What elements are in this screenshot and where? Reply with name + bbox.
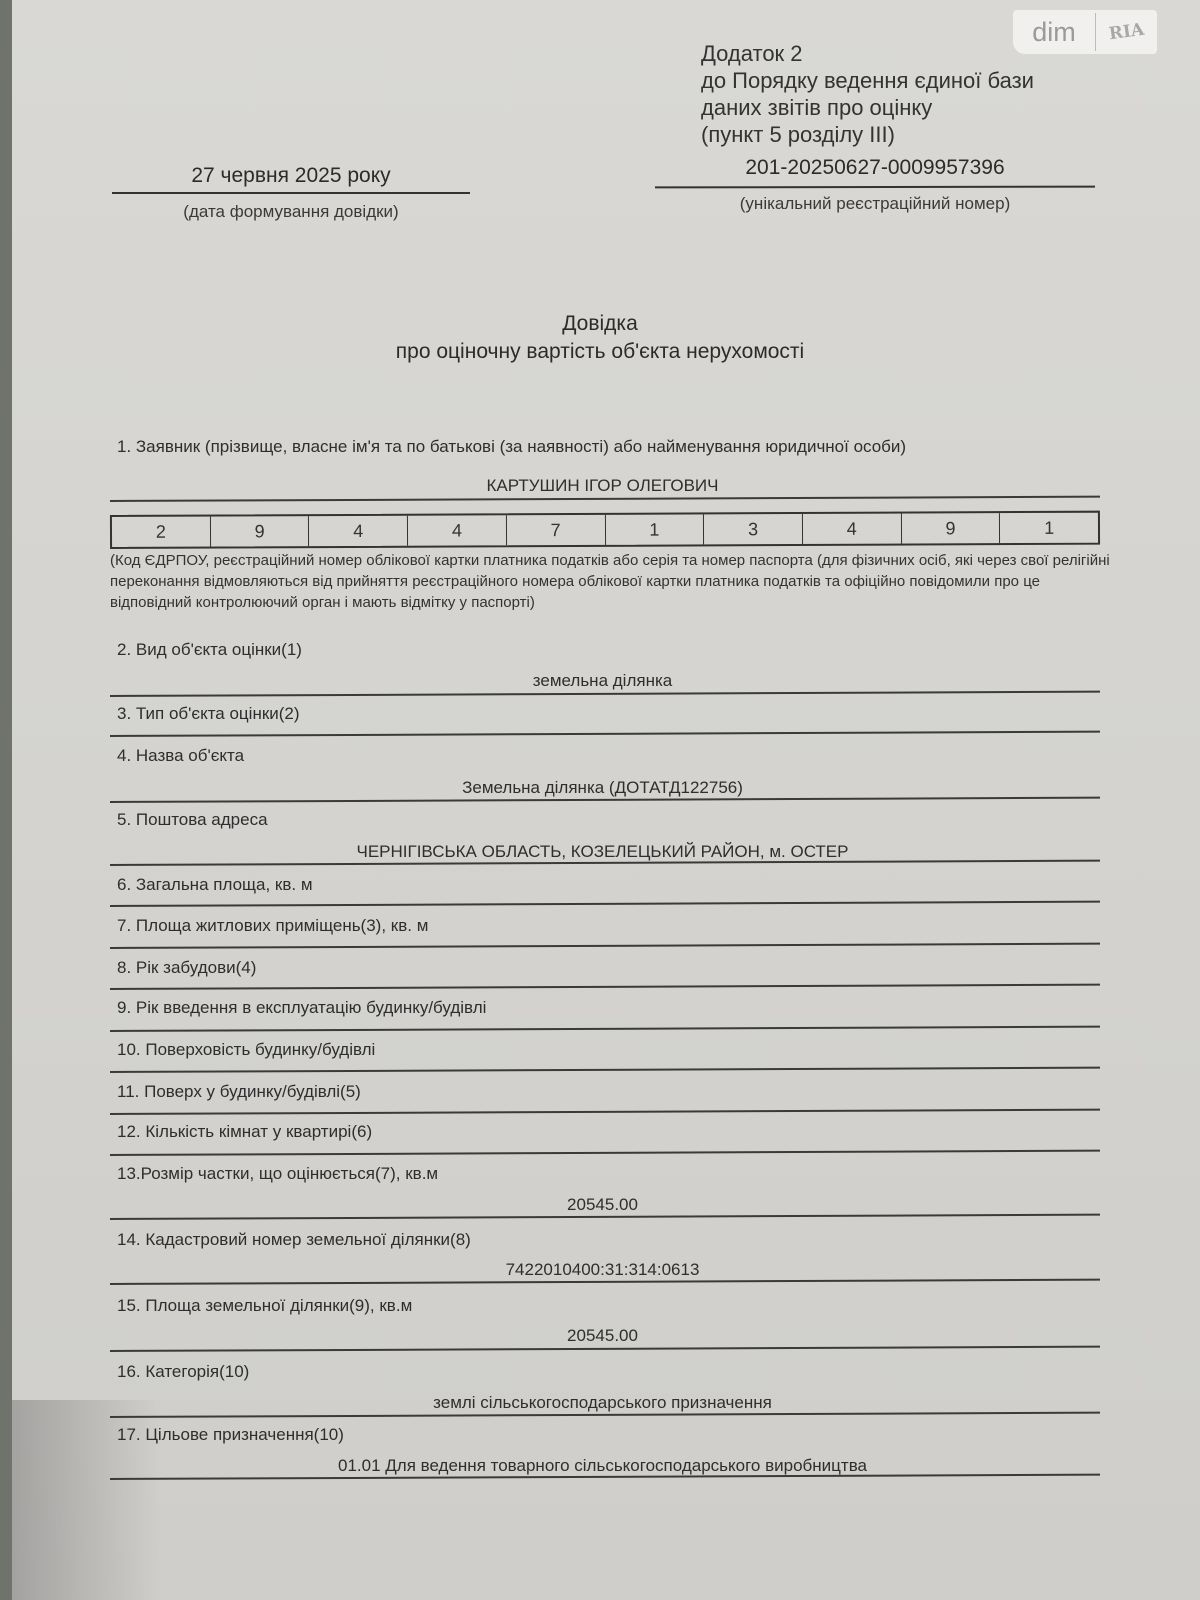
tax-id-digit: 2 bbox=[112, 517, 211, 547]
tax-id-digit: 9 bbox=[211, 516, 310, 546]
applicant-name: КАРТУШИН ІГОР ОЛЕГОВИЧ bbox=[110, 476, 1095, 496]
field-label-share-size: 13.Розмір частки, що оцінюється(7), кв.м bbox=[117, 1164, 438, 1184]
field-label-land-area: 15. Площа земельної ділянки(9), кв.м bbox=[117, 1296, 412, 1316]
field-value-land-area: 20545.00 bbox=[110, 1326, 1095, 1346]
field-label-commission-year: 9. Рік введення в експлуатацію будинку/б… bbox=[117, 998, 486, 1018]
registration-number-caption: (унікальний реєстраційний номер) bbox=[655, 194, 1095, 214]
field-label-floor: 11. Поверх у будинку/будівлі(5) bbox=[117, 1082, 361, 1102]
tax-id-digit: 4 bbox=[309, 516, 408, 546]
issue-date: 27 червня 2025 року bbox=[112, 164, 470, 188]
appendix-line: Додаток 2 bbox=[701, 40, 1034, 67]
field-label-category: 16. Категорія(10) bbox=[117, 1362, 249, 1382]
field-label-floors: 10. Поверховість будинку/будівлі bbox=[117, 1040, 375, 1060]
field-label-total-area: 6. Загальна площа, кв. м bbox=[117, 875, 313, 895]
field-label-rooms: 12. Кількість кімнат у квартирі(6) bbox=[117, 1122, 372, 1142]
field-label-intended-use: 17. Цільове призначення(10) bbox=[117, 1425, 344, 1445]
field-label-postal-address: 5. Поштова адреса bbox=[117, 810, 268, 830]
field-value-share-size: 20545.00 bbox=[110, 1195, 1095, 1215]
document-title: Довідка про оціночну вартість об'єкта не… bbox=[300, 310, 900, 366]
title-line-2: про оціночну вартість об'єкта нерухомост… bbox=[300, 338, 900, 366]
field-label-object-kind: 2. Вид об'єкта оцінки(1) bbox=[117, 640, 302, 660]
title-line-1: Довідка bbox=[300, 310, 900, 338]
tax-id-digit: 4 bbox=[803, 514, 902, 544]
field-label-living-area: 7. Площа житлових приміщень(3), кв. м bbox=[117, 916, 428, 936]
field-value-cadastral-number: 7422010400:31:314:0613 bbox=[110, 1260, 1095, 1280]
appendix-reference: Додаток 2 до Порядку ведення єдиної бази… bbox=[701, 40, 1034, 148]
field-label-cadastral-number: 14. Кадастровий номер земельної ділянки(… bbox=[117, 1230, 471, 1250]
date-underline bbox=[112, 192, 470, 194]
appendix-line: даних звітів про оцінку bbox=[701, 94, 1034, 121]
field-value-intended-use: 01.01 Для ведення товарного сільськогосп… bbox=[110, 1456, 1095, 1476]
field-value-object-name: Земельна ділянка (ДОТАТД122756) bbox=[110, 778, 1095, 798]
tax-id-digit: 3 bbox=[704, 514, 803, 544]
ria-logo-icon: RIA bbox=[1095, 18, 1158, 46]
tax-id-grid: 2 9 4 4 7 1 3 4 9 1 bbox=[110, 511, 1100, 549]
registration-number: 201-20250627-0009957396 bbox=[655, 156, 1095, 180]
field-label-object-name: 4. Назва об'єкта bbox=[117, 746, 244, 766]
applicant-label: 1. Заявник (прізвище, власне ім'я та по … bbox=[117, 437, 906, 457]
field-value-postal-address: ЧЕРНІГІВСЬКА ОБЛАСТЬ, КОЗЕЛЕЦЬКИЙ РАЙОН,… bbox=[110, 842, 1095, 862]
tax-id-digit: 7 bbox=[507, 515, 606, 545]
field-label-object-type: 3. Тип об'єкта оцінки(2) bbox=[117, 704, 300, 724]
appendix-line: (пункт 5 розділу III) bbox=[701, 121, 1034, 148]
tax-id-digit: 9 bbox=[902, 513, 1001, 543]
dim-ria-watermark: dim RIA bbox=[1013, 10, 1157, 54]
tax-id-digit: 4 bbox=[408, 515, 507, 545]
tax-id-digit: 1 bbox=[605, 514, 704, 544]
field-label-build-year: 8. Рік забудови(4) bbox=[117, 958, 256, 978]
field-value-object-kind: земельна ділянка bbox=[110, 671, 1095, 691]
tax-id-digit: 1 bbox=[1000, 513, 1098, 543]
tax-id-note: (Код ЄДРПОУ, реєстраційний номер обліков… bbox=[110, 550, 1110, 613]
appendix-line: до Порядку ведення єдиної бази bbox=[701, 67, 1034, 94]
field-value-category: землі сільськогосподарського призначення bbox=[110, 1393, 1095, 1413]
issue-date-caption: (дата формування довідки) bbox=[112, 202, 470, 222]
